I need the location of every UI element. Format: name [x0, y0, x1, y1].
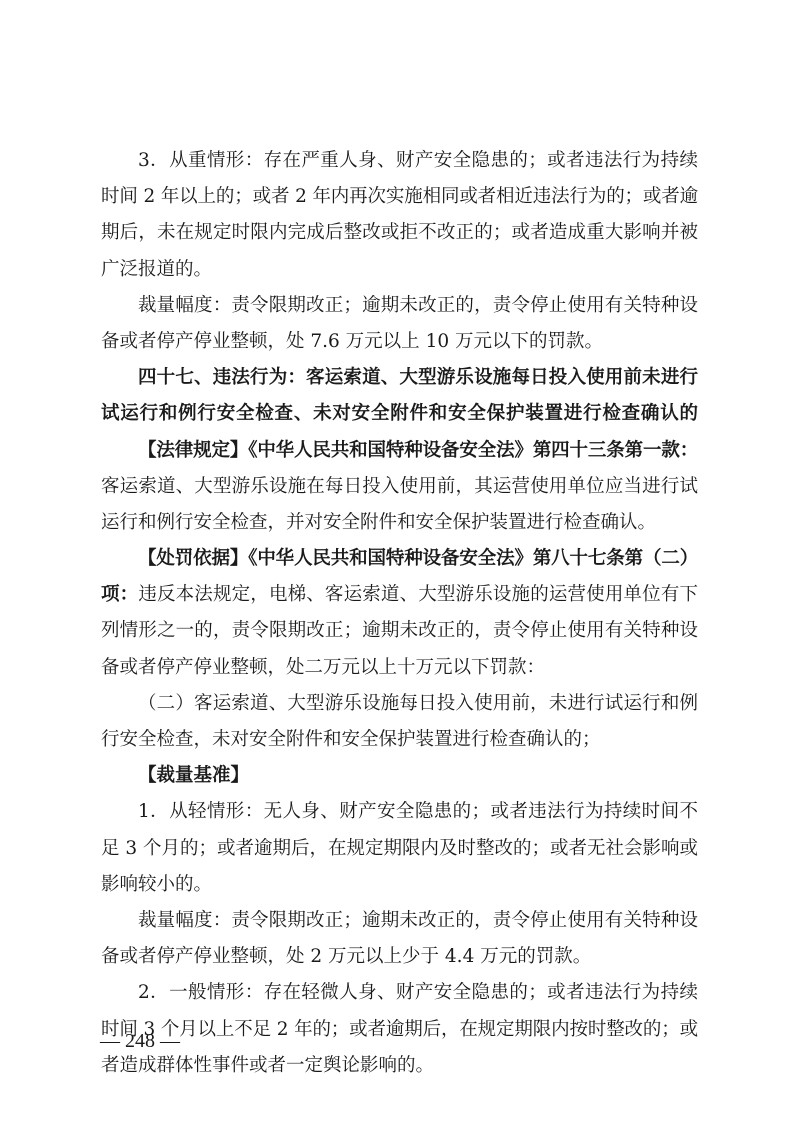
text-line: 足 3 个月的；或者逾期后，在规定期限内及时整改的；或者无社会影响或: [101, 831, 698, 867]
text-line: 【处罚依据】《中华人民共和国特种设备安全法》第八十七条第（二）: [101, 541, 698, 577]
page-number: — 248 —: [100, 1030, 180, 1053]
text-line: 期后，未在规定时限内完成后整改或拒不改正的；或者造成重大影响并被: [101, 215, 698, 251]
body-text: （二）客运索道、大型游乐设施每日投入使用前，未进行试运行和例: [138, 693, 698, 714]
body-text: 3．从重情形：存在严重人身、财产安全隐患的；或者违法行为持续: [138, 150, 698, 171]
body-text: 行安全检查，未对安全附件和安全保护装置进行检查确认的；: [101, 729, 601, 750]
bold-heading-text: 【处罚依据】《中华人民共和国特种设备安全法》第八十七条第（二）: [138, 548, 698, 569]
text-line: 四十七、违法行为：客运索道、大型游乐设施每日投入使用前未进行: [101, 360, 698, 396]
body-text: 2．一般情形：存在轻微人身、财产安全隐患的；或者违法行为持续: [138, 982, 698, 1003]
text-line: 【裁量基准】: [101, 758, 698, 794]
text-line: 广泛报道的。: [101, 252, 698, 288]
body-text: 裁量幅度：责令限期改正；逾期未改正的，责令停止使用有关特种设: [138, 910, 698, 931]
text-line: 行安全检查，未对安全附件和安全保护装置进行检查确认的；: [101, 722, 698, 758]
body-text: 违反本法规定，电梯、客运索道、大型游乐设施的运营使用单位有下: [138, 584, 698, 605]
body-text: 广泛报道的。: [101, 259, 212, 280]
document-page: 3．从重情形：存在严重人身、财产安全隐患的；或者违法行为持续时间 2 年以上的；…: [101, 143, 698, 1084]
text-line: 运行和例行安全检查，并对安全附件和安全保护装置进行检查确认。: [101, 505, 698, 541]
body-text: 备或者停产停业整顿，处二万元以上十万元以下罚款：: [101, 657, 545, 678]
text-line: 备或者停产停业整顿，处 7.6 万元以上 10 万元以下的罚款。: [101, 324, 698, 360]
body-text: 期后，未在规定时限内完成后整改或拒不改正的；或者造成重大影响并被: [101, 222, 698, 243]
text-line: 【法律规定】《中华人民共和国特种设备安全法》第四十三条第一款：: [101, 433, 698, 469]
bold-heading-text: 项：: [101, 584, 138, 605]
body-text: 列情形之一的，责令限期改正；逾期未改正的，责令停止使用有关特种设: [101, 620, 698, 641]
text-line: 项：违反本法规定，电梯、客运索道、大型游乐设施的运营使用单位有下: [101, 577, 698, 613]
bold-heading-text: 【法律规定】《中华人民共和国特种设备安全法》第四十三条第一款：: [138, 440, 698, 461]
text-line: 1．从轻情形：无人身、财产安全隐患的；或者违法行为持续时间不: [101, 794, 698, 830]
text-line: 列情形之一的，责令限期改正；逾期未改正的，责令停止使用有关特种设: [101, 613, 698, 649]
text-line: 2．一般情形：存在轻微人身、财产安全隐患的；或者违法行为持续: [101, 975, 698, 1011]
body-text: 备或者停产停业整顿，处 7.6 万元以上 10 万元以下的罚款。: [101, 331, 603, 352]
text-line: 备或者停产停业整顿，处 2 万元以上少于 4.4 万元的罚款。: [101, 939, 698, 975]
bold-heading-text: 【裁量基准】: [138, 765, 249, 786]
text-line: 试运行和例行安全检查、未对安全附件和安全保护装置进行检查确认的: [101, 396, 698, 432]
body-text: 足 3 个月的；或者逾期后，在规定期限内及时整改的；或者无社会影响或: [101, 838, 698, 859]
text-line: 3．从重情形：存在严重人身、财产安全隐患的；或者违法行为持续: [101, 143, 698, 179]
body-text: 运行和例行安全检查，并对安全附件和安全保护装置进行检查确认。: [101, 512, 656, 533]
text-line: （二）客运索道、大型游乐设施每日投入使用前，未进行试运行和例: [101, 686, 698, 722]
text-line: 者造成群体性事件或者一定舆论影响的。: [101, 1048, 698, 1084]
text-line: 影响较小的。: [101, 867, 698, 903]
body-text: 备或者停产停业整顿，处 2 万元以上少于 4.4 万元的罚款。: [101, 946, 591, 967]
body-text: 四十七、违法行为：客运索道、大型游乐设施每日投入使用前未进行: [138, 367, 698, 388]
text-line: 时间 3 个月以上不足 2 年的；或者逾期后，在规定期限内按时整改的；或: [101, 1012, 698, 1048]
body-text: 影响较小的。: [101, 874, 212, 895]
body-text: 者造成群体性事件或者一定舆论影响的。: [101, 1055, 434, 1076]
body-text: 时间 2 年以上的；或者 2 年内再次实施相同或者相近违法行为的；或者逾: [101, 186, 698, 207]
body-text: 裁量幅度：责令限期改正；逾期未改正的，责令停止使用有关特种设: [138, 295, 698, 316]
text-line: 裁量幅度：责令限期改正；逾期未改正的，责令停止使用有关特种设: [101, 903, 698, 939]
body-text: 时间 3 个月以上不足 2 年的；或者逾期后，在规定期限内按时整改的；或: [101, 1019, 698, 1040]
text-line: 裁量幅度：责令限期改正；逾期未改正的，责令停止使用有关特种设: [101, 288, 698, 324]
text-line: 备或者停产停业整顿，处二万元以上十万元以下罚款：: [101, 650, 698, 686]
text-line: 时间 2 年以上的；或者 2 年内再次实施相同或者相近违法行为的；或者逾: [101, 179, 698, 215]
text-line: 客运索道、大型游乐设施在每日投入使用前，其运营使用单位应当进行试: [101, 469, 698, 505]
body-text: 1．从轻情形：无人身、财产安全隐患的；或者违法行为持续时间不: [138, 801, 698, 822]
body-text: 客运索道、大型游乐设施在每日投入使用前，其运营使用单位应当进行试: [101, 476, 698, 497]
body-text: 试运行和例行安全检查、未对安全附件和安全保护装置进行检查确认的: [101, 403, 698, 424]
